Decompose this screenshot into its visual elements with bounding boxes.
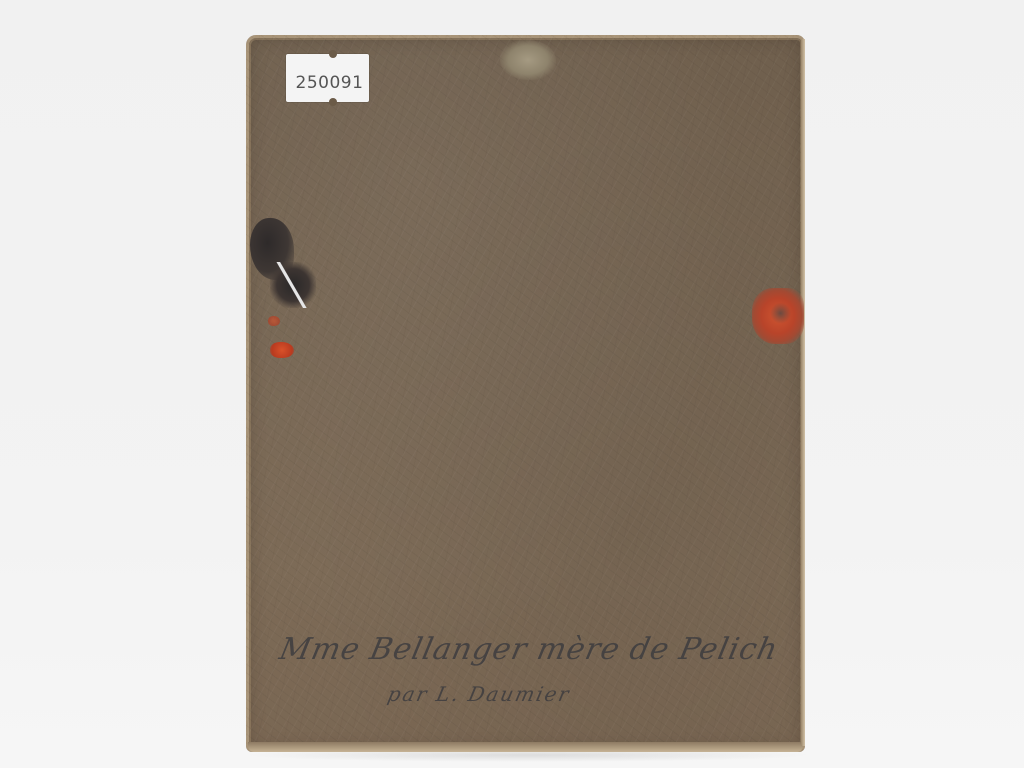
handwritten-inscription-line1: Mme Bellanger mère de Pelich xyxy=(276,632,781,667)
red-wax-dot-small xyxy=(268,316,280,326)
board-right-edge xyxy=(801,39,805,746)
inventory-number: 250091 xyxy=(296,73,364,93)
board-bottom-edge xyxy=(248,742,803,752)
hanger-remnant xyxy=(500,40,556,80)
red-wax-dot xyxy=(270,342,294,358)
right-red-wax-seal xyxy=(752,288,804,344)
left-seal-remnant xyxy=(270,262,316,308)
handwritten-inscription-line2: par L. Daumier xyxy=(385,682,572,706)
inventory-label: 250091 xyxy=(286,54,369,102)
